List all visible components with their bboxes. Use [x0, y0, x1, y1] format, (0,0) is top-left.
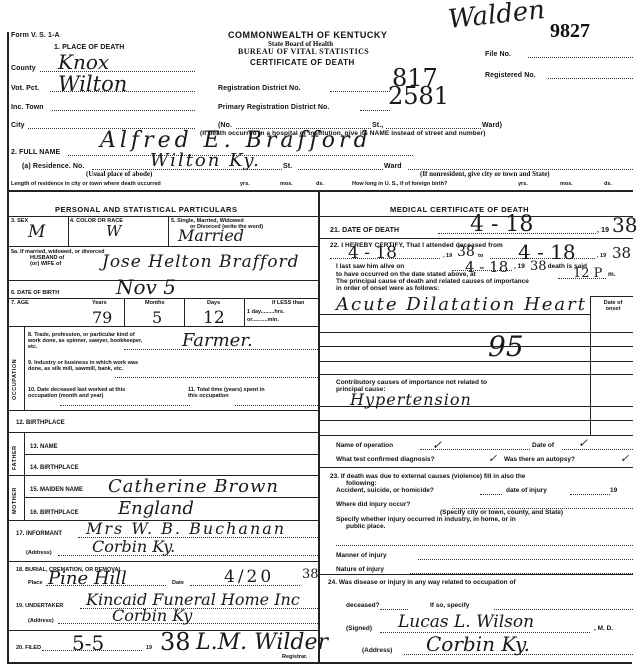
injury-date-label: date of injury	[506, 488, 547, 494]
autopsy-value: ✓	[620, 452, 629, 465]
row-line	[24, 454, 318, 455]
deceased-field	[380, 609, 408, 610]
spouse-label-3: (or) WIFE of	[30, 261, 61, 267]
residence-st-label: St.	[283, 163, 292, 170]
column-divider	[318, 190, 320, 662]
last-worked-label: 10. Date deceased last worked at this oc…	[28, 387, 143, 399]
city-label: City	[11, 122, 25, 129]
physician-signature: Lucas L. Wilson	[398, 612, 534, 632]
reg-district-label: Registration District No.	[218, 85, 301, 92]
foreign-ds: ds.	[604, 181, 612, 187]
physician-address-label: (Address)	[362, 648, 392, 654]
primary-reg-label: Primary Registration District No.	[218, 104, 329, 111]
trade-label: 8. Trade, profession, or particular kind…	[28, 332, 148, 350]
cell-divider	[24, 432, 25, 520]
row-line	[7, 298, 318, 299]
less-than-label: If LESS than	[272, 300, 304, 306]
accident-label: Accident, suicide, or homicide?	[336, 488, 434, 494]
dod-label: 21. DATE OF DEATH	[330, 227, 399, 234]
cause-code: 95	[488, 330, 524, 363]
last-saw-year-prefix: , 19	[514, 264, 525, 270]
cause-line	[320, 332, 633, 333]
dob-label: 6. DATE OF BIRTH	[11, 290, 59, 296]
county-value: Knox	[58, 50, 109, 74]
sex-label: 3. SEX	[11, 218, 28, 224]
principal-label-2: in order of onset were as follows:	[336, 286, 439, 292]
dod-year-value: 38	[612, 213, 637, 237]
race-value: W	[106, 222, 121, 240]
informant-value: Mrs W. B. Buchanan	[86, 519, 286, 538]
registrar-signature: L.M. Wilder	[196, 630, 328, 655]
age-label: 7. AGE	[11, 300, 29, 306]
filed-year-prefix: 19	[146, 645, 152, 651]
burial-year-value: 38	[302, 567, 319, 582]
father-name-label: 13. NAME	[30, 444, 58, 450]
cell-divider	[24, 326, 25, 410]
vot-pct-label: Vot. Pct.	[11, 85, 39, 92]
father-birthplace-label: 14. BIRTHPLACE	[30, 465, 79, 471]
to-year-prefix: , 19	[597, 253, 606, 259]
physician-address-value: Corbin Ky.	[426, 632, 530, 656]
st-field	[386, 128, 481, 129]
specify-whether-2: public place.	[346, 524, 385, 530]
row-line	[590, 296, 633, 297]
undertaker-address-value: Corbin Ky	[112, 606, 192, 625]
inc-town-label: Inc. Town	[11, 104, 44, 111]
months-value: 5	[152, 308, 162, 327]
date-of-value: ✓	[578, 436, 588, 450]
nonresident-note: (If nonresident, give city or town and S…	[420, 170, 550, 178]
stamp-number: 9827	[550, 20, 590, 43]
years-value: 79	[92, 308, 112, 327]
dod-year-prefix: , 19	[597, 227, 609, 234]
file-no-label: File No.	[485, 51, 511, 58]
burial-date-value: 4/20	[224, 567, 274, 587]
filed-year-value: 38	[160, 628, 191, 656]
length-residence-label: Length of residence in city or town wher…	[11, 181, 161, 187]
attended-to-year: 38	[612, 244, 631, 262]
last-worked-field	[60, 405, 190, 406]
row-line	[7, 410, 318, 411]
less-min: or..........min.	[247, 317, 279, 323]
time-suffix: m.	[608, 272, 616, 278]
from-year-prefix: , 19	[443, 253, 452, 259]
cell-divider	[244, 298, 245, 326]
specify-whether-field	[336, 545, 633, 546]
registered-no-field	[548, 78, 633, 79]
cause-line	[320, 420, 633, 421]
if-so-label: If so, specify	[430, 603, 469, 609]
undertaker-address-label: (Address)	[28, 618, 54, 624]
county-label: County	[11, 65, 36, 72]
inc-town-field	[52, 110, 195, 111]
mother-maiden-value: Catherine Brown	[108, 476, 279, 497]
spouse-value: Jose Helton Brafford	[102, 252, 300, 272]
accident-field	[480, 494, 502, 495]
deceased-label: deceased?	[346, 603, 380, 609]
row-line	[320, 238, 633, 239]
nature-label: Nature of injury	[336, 567, 384, 573]
occupation-related-label: 24. Was disease or injury in any way rel…	[328, 580, 516, 586]
cause-line	[320, 314, 590, 315]
usual-place-note: (Usual place of abode)	[86, 170, 152, 178]
full-name-label: 2. FULL NAME	[11, 149, 60, 156]
cause-line	[320, 346, 633, 347]
cell-divider	[68, 216, 69, 246]
informant-address-label: (Address)	[26, 550, 52, 556]
operation-label: Name of operation	[336, 443, 393, 449]
informant-address-value: Corbin Ky.	[92, 537, 175, 556]
dob-value: Nov 5	[116, 275, 176, 299]
industry-label: 9. Industry or business in which work wa…	[28, 360, 148, 372]
manner-label: Manner of injury	[336, 553, 387, 559]
burial-place-value: Pine Hill	[48, 568, 127, 589]
residence-st-field	[298, 169, 383, 170]
cause-line	[320, 406, 633, 407]
row-line	[7, 326, 318, 327]
row-line	[7, 216, 318, 217]
cell-divider	[124, 298, 125, 326]
occupation-side-label: OCCUPATION	[12, 340, 18, 400]
injury-year-label: 19	[610, 488, 617, 494]
primary-reg-value: 2581	[388, 82, 449, 110]
total-time-label: 11. Total time (years) spent in this occ…	[188, 387, 268, 399]
onset-column-divider	[590, 296, 591, 436]
form-left-border	[7, 32, 9, 664]
signed-label: (Signed)	[346, 626, 372, 632]
handwritten-surname: Walden	[447, 0, 547, 35]
length-yrs: yrs.	[240, 181, 250, 187]
attended-to-value: 4 - 18	[518, 240, 576, 264]
mother-birthplace-label: 16. BIRTHPLACE	[30, 510, 79, 516]
file-no-field	[528, 57, 633, 58]
residence-label: (a) Residence. No.	[22, 163, 84, 170]
mother-maiden-label: 15. MAIDEN NAME	[30, 487, 83, 493]
foreign-birth-label: How long in U. S., if of foreign birth?	[352, 181, 447, 187]
undertaker-label: 19. UNDERTAKER	[16, 603, 63, 609]
mother-birthplace-value: England	[118, 498, 194, 519]
row-line	[7, 561, 318, 562]
test-value: ✓	[488, 452, 497, 465]
autopsy-label: Was there an autopsy?	[504, 457, 575, 463]
doc-title: COMMONWEALTH OF KENTUCKY	[228, 30, 387, 40]
vot-pct-value: Wilton	[58, 72, 127, 96]
if-so-field	[494, 609, 633, 610]
residence-value: Wilton Ky.	[150, 150, 261, 171]
personal-section-title: PERSONAL AND STATISTICAL PARTICULARS	[55, 205, 237, 214]
section-divider	[7, 190, 633, 192]
cell-divider	[184, 298, 185, 326]
less-day: 1 day.........hrs.	[247, 309, 285, 315]
certificate-title: CERTIFICATE OF DEATH	[250, 58, 355, 67]
attended-from-value: 4 - 18	[348, 243, 397, 263]
filed-date-value: 5-5	[72, 631, 104, 655]
bureau-name: BUREAU OF VITAL STATISTICS	[238, 47, 369, 56]
registered-no-label: Registered No.	[485, 72, 536, 79]
trade-value: Farmer.	[182, 330, 253, 351]
mother-side-label: MOTHER	[12, 482, 18, 514]
months-label: Months	[145, 300, 165, 306]
length-mos: mos.	[280, 181, 293, 187]
marital-value: Married	[178, 226, 244, 245]
cause-value: Acute Dilatation Heart	[336, 294, 587, 315]
time-value: 12 P	[573, 266, 602, 281]
row-line	[320, 467, 633, 468]
st-label: St.,	[372, 122, 383, 129]
row-line	[7, 246, 318, 247]
days-value: 12	[203, 308, 225, 328]
reg-district-field	[330, 91, 390, 92]
industry-field	[115, 377, 318, 378]
cell-divider	[168, 216, 169, 246]
birthplace-label: 12. BIRTHPLACE	[16, 420, 65, 426]
ward-label: Ward)	[482, 122, 502, 129]
last-saw-label: I last saw him alive on	[336, 264, 404, 270]
where-injury-label: Where did injury occur?	[336, 502, 410, 508]
cause-line	[320, 374, 633, 375]
years-label: Years	[92, 300, 107, 306]
date-of-label: Date of	[532, 443, 554, 449]
filed-label: 20. FILED	[16, 645, 41, 651]
injury-date-field	[570, 494, 610, 495]
row-line	[320, 574, 633, 575]
form-id: Form V. S. 1-A	[11, 32, 60, 39]
dod-value: 4 - 18	[470, 212, 533, 237]
total-time-field	[235, 405, 318, 406]
manner-field	[418, 559, 633, 560]
onset-label: Date of onset	[596, 300, 630, 312]
sex-value: M	[28, 222, 45, 242]
test-label: What test confirmed diagnosis?	[336, 457, 435, 463]
foreign-mos: mos.	[560, 181, 573, 187]
primary-reg-field	[360, 110, 390, 111]
registrar-label: Registrar.	[282, 654, 307, 660]
informant-label: 17. INFORMANT	[16, 531, 62, 537]
row-line	[7, 432, 318, 433]
foreign-yrs: yrs.	[518, 181, 528, 187]
burial-date-label: Date	[172, 580, 184, 586]
days-label: Days	[207, 300, 220, 306]
residence-ward-label: Ward	[384, 163, 402, 170]
operation-value: ✓	[432, 438, 442, 452]
length-ds: ds.	[316, 181, 324, 187]
cause-line	[320, 361, 633, 362]
date-of-field	[562, 449, 633, 450]
burial-place-label: Place	[28, 580, 42, 586]
form-bottom-border	[7, 662, 632, 664]
md-label: , M. D.	[594, 626, 613, 632]
father-side-label: FATHER	[12, 438, 18, 470]
